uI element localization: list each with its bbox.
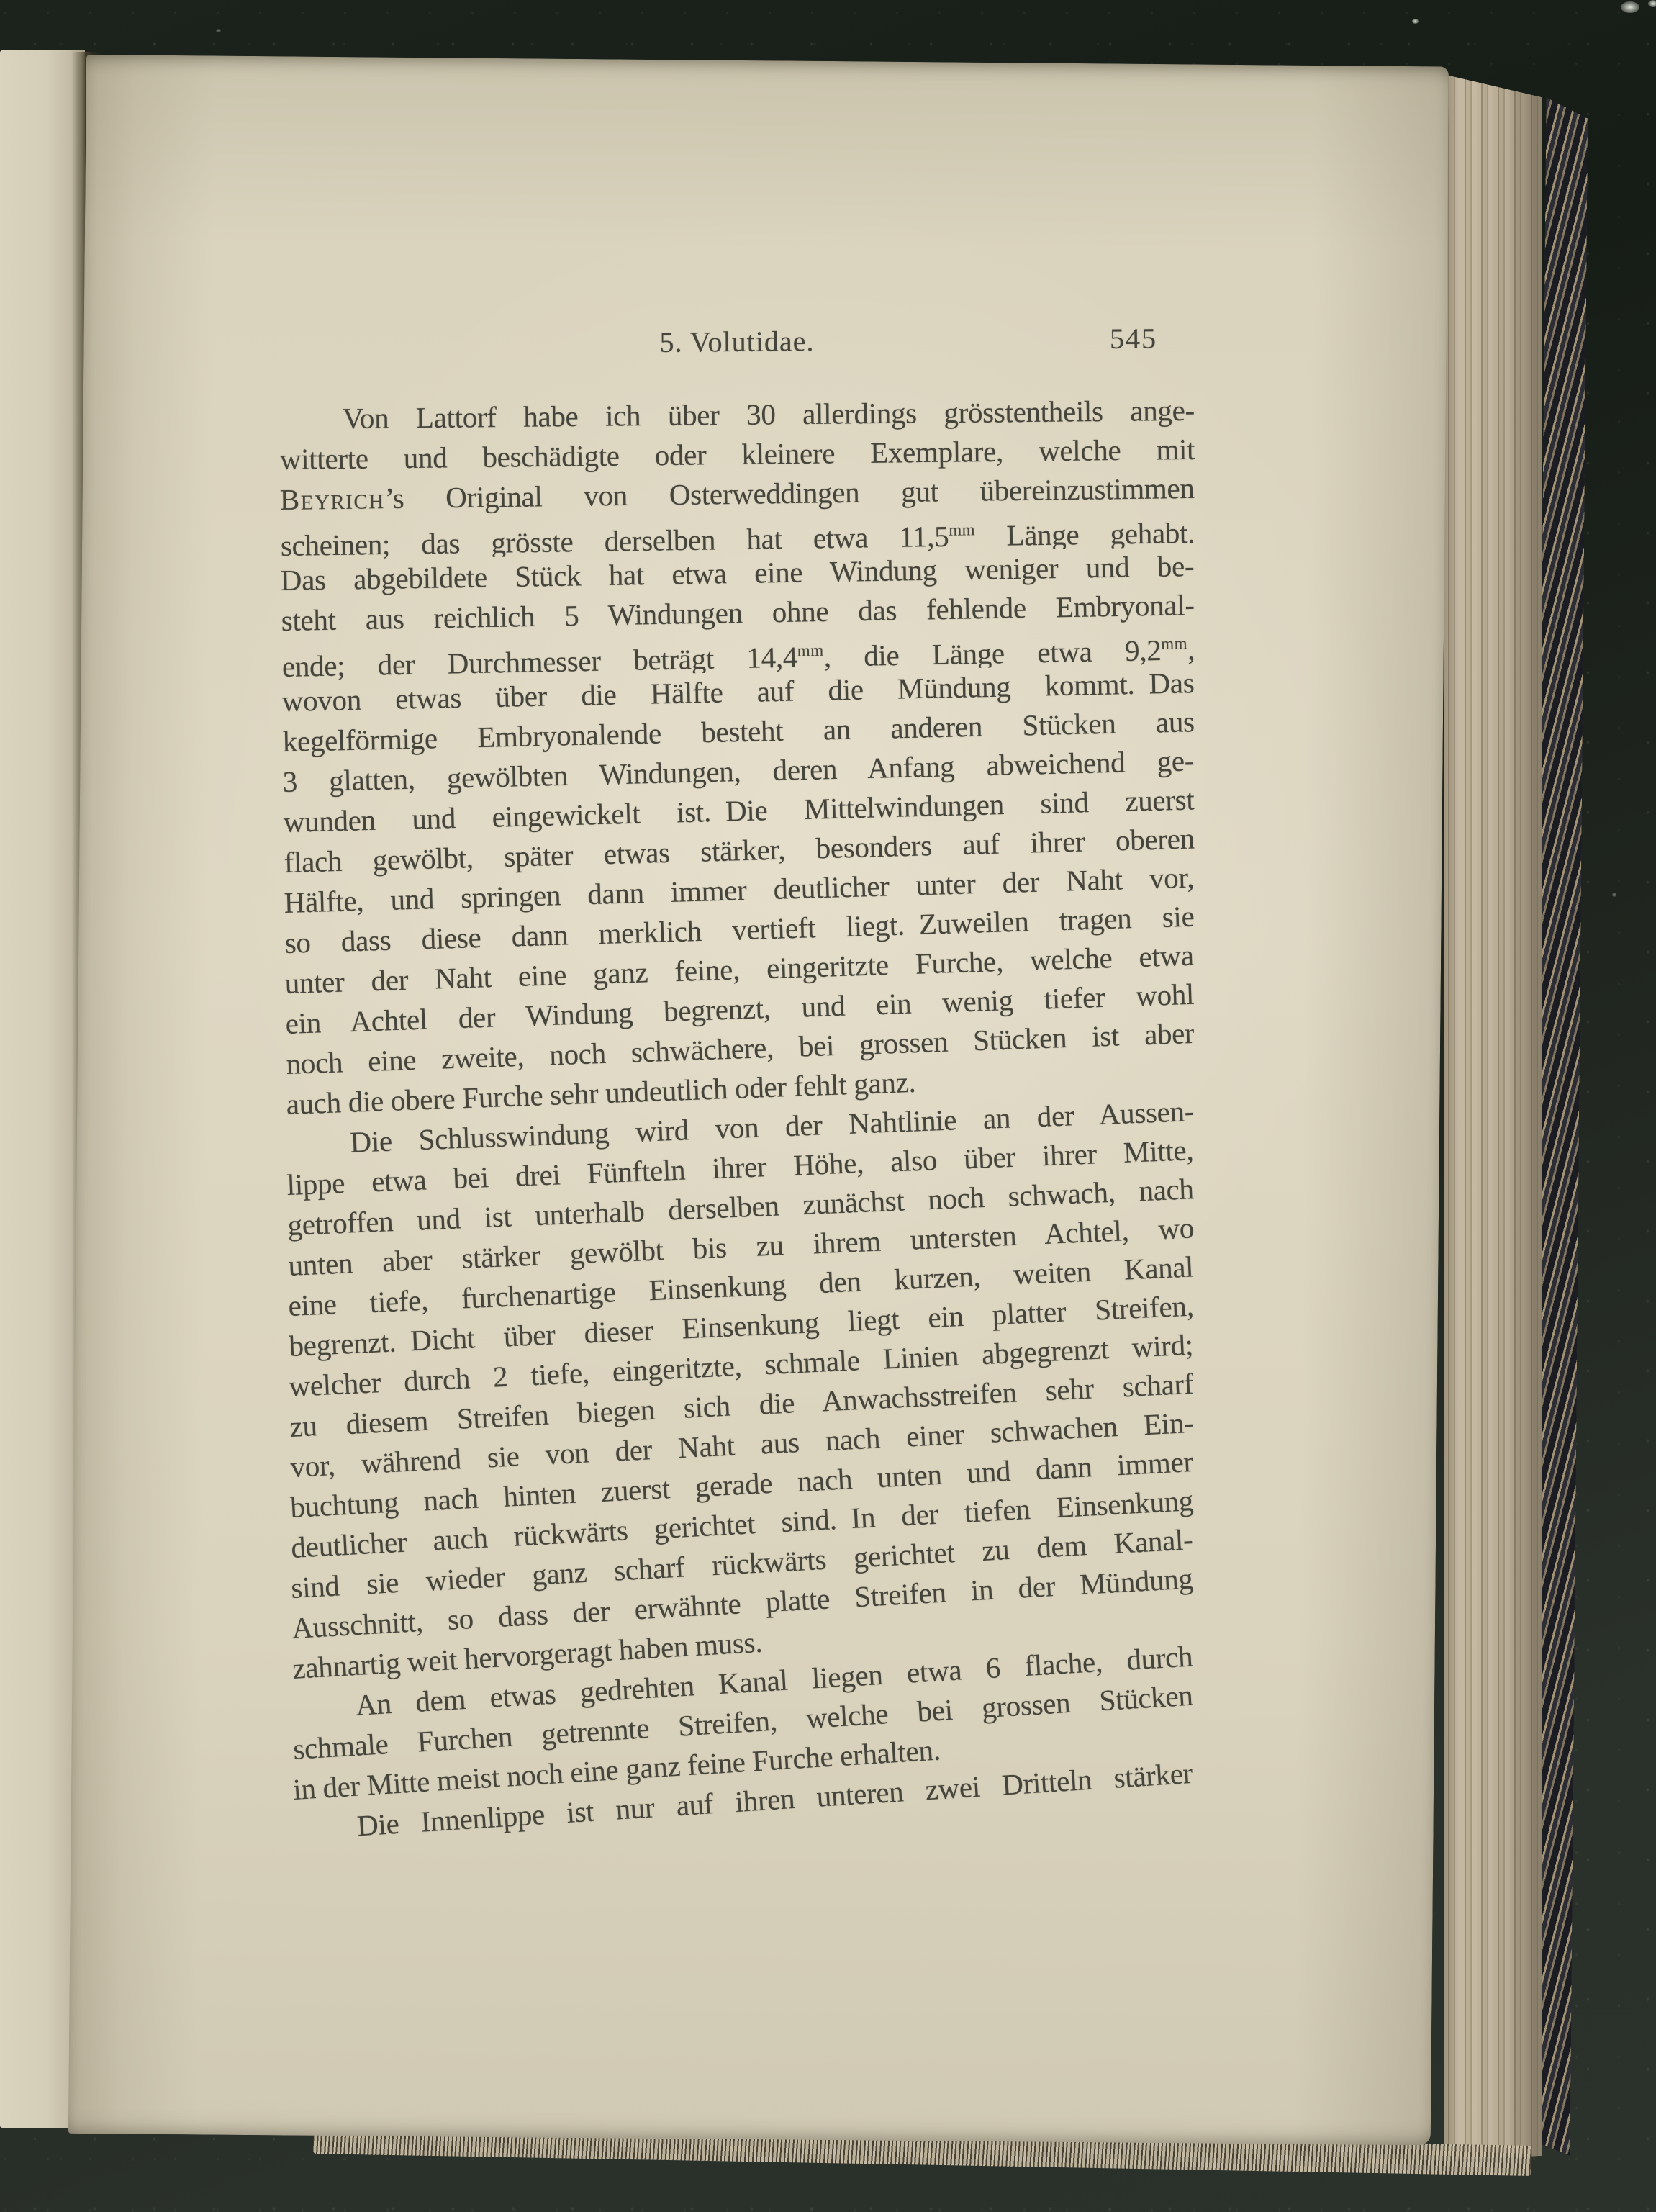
dust-speck [1412, 19, 1419, 24]
page-header: 5. Volutidae. 545 [279, 318, 1195, 366]
page-number: 545 [1110, 318, 1157, 359]
superscript-unit: mm [797, 641, 823, 660]
section-heading: 5. Volutidae. [279, 318, 1195, 366]
dust-speck [216, 29, 221, 32]
dust-speck [1612, 893, 1616, 897]
dust-speck [1648, 0, 1656, 7]
superscript-unit: mm [949, 520, 975, 539]
small-caps-name: Beyrich [280, 482, 385, 516]
scanned-book-photo: 5. Volutidae. 545 Von Lattorf habe ich ü… [0, 0, 1656, 2212]
dust-speck [1621, 1, 1639, 13]
fore-edge-page-stack [1444, 69, 1542, 2161]
page-text: 5. Volutidae. 545 Von Lattorf habe ich ü… [279, 325, 1195, 1850]
superscript-unit: mm [1161, 634, 1187, 653]
body-text: Von Lattorf habe ich über 30 allerdings … [279, 399, 1195, 1850]
